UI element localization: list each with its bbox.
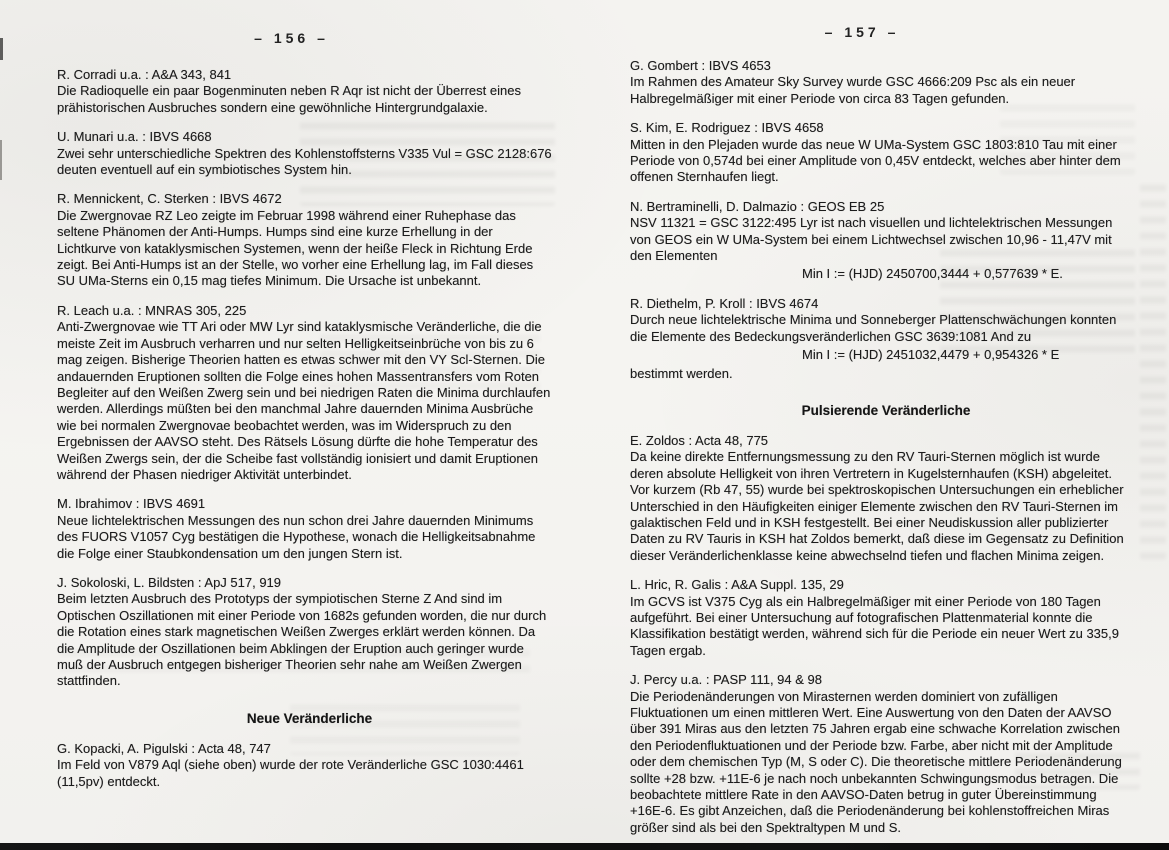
scan-edge-mark (0, 38, 3, 60)
entry-heading: G. Gombert : IBVS 4653 (630, 58, 1142, 74)
page-156-column: R. Corradi u.a. : A&A 343, 841 Die Radio… (57, 67, 562, 790)
page-number-left: – 156 – (39, 30, 544, 46)
entry-heading: R. Corradi u.a. : A&A 343, 841 (57, 67, 562, 83)
entry-heading: J. Sokoloski, L. Bildsten : ApJ 517, 919 (57, 575, 562, 591)
page-156: – 156 – R. Corradi u.a. : A&A 343, 841 D… (57, 0, 562, 803)
page-number-right: – 157 – (606, 24, 1118, 40)
article-entry-mennickent: R. Mennickent, C. Sterken : IBVS 4672 Di… (57, 191, 562, 289)
entry-heading: M. Ibrahimov : IBVS 4691 (57, 496, 562, 512)
entry-heading: L. Hric, R. Galis : A&A Suppl. 135, 29 (630, 577, 1142, 593)
scanned-document: – 156 – R. Corradi u.a. : A&A 343, 841 D… (0, 0, 1169, 850)
article-entry-percy: J. Percy u.a. : PASP 111, 94 & 98 Die Pe… (630, 672, 1142, 836)
article-entry-munari: U. Munari u.a. : IBVS 4668 Zwei sehr unt… (57, 129, 562, 178)
section-heading-pulsierende-veraenderliche: Pulsierende Veränderliche (630, 403, 1142, 418)
entry-body: NSV 11321 = GSC 3122:495 Lyr ist nach vi… (630, 215, 1142, 264)
scan-edge-mark (0, 140, 2, 180)
entry-heading: N. Bertraminelli, D. Dalmazio : GEOS EB … (630, 199, 1142, 215)
entry-heading: E. Zoldos : Acta 48, 775 (630, 433, 1142, 449)
entry-heading: J. Percy u.a. : PASP 111, 94 & 98 (630, 672, 1142, 688)
article-entry-zoldos: E. Zoldos : Acta 48, 775 Da keine direkt… (630, 433, 1142, 564)
entry-heading: G. Kopacki, A. Pigulski : Acta 48, 747 (57, 741, 562, 757)
article-entry-kim-rodriguez: S. Kim, E. Rodriguez : IBVS 4658 Mitten … (630, 120, 1142, 186)
entry-body: Mitten in den Plejaden wurde das neue W … (630, 137, 1142, 186)
article-entry-ibrahimov: M. Ibrahimov : IBVS 4691 Neue lichtelekt… (57, 496, 562, 562)
entry-body: Da keine direkte Entfernungsmessung zu d… (630, 449, 1142, 564)
entry-body: Im Feld von V879 Aql (siehe oben) wurde … (57, 757, 562, 790)
article-entry-leach: R. Leach u.a. : MNRAS 305, 225 Anti-Zwer… (57, 303, 562, 483)
entry-body: Die Radioquelle ein paar Bogenminuten ne… (57, 83, 562, 116)
page-157: – 157 – G. Gombert : IBVS 4653 Im Rahmen… (630, 0, 1142, 849)
article-entry-hric-galis: L. Hric, R. Galis : A&A Suppl. 135, 29 I… (630, 577, 1142, 659)
entry-heading: R. Leach u.a. : MNRAS 305, 225 (57, 303, 562, 319)
entry-body: Neue lichtelektrischen Messungen des nun… (57, 513, 562, 562)
elements-formula: Min I := (HJD) 2451032,4479 + 0,954326 *… (802, 347, 1142, 363)
section-heading-neue-veraenderliche: Neue Veränderliche (57, 711, 562, 726)
entry-heading: R. Diethelm, P. Kroll : IBVS 4674 (630, 296, 1142, 312)
entry-body: Durch neue lichtelektrische Minima und S… (630, 312, 1142, 345)
article-entry-diethelm-kroll: R. Diethelm, P. Kroll : IBVS 4674 Durch … (630, 296, 1142, 382)
article-entry-gombert: G. Gombert : IBVS 4653 Im Rahmen des Ama… (630, 58, 1142, 107)
entry-body: Beim letzten Ausbruch des Prototyps der … (57, 591, 562, 689)
article-entry-corradi: R. Corradi u.a. : A&A 343, 841 Die Radio… (57, 67, 562, 116)
entry-body: Im Rahmen des Amateur Sky Survey wurde G… (630, 74, 1142, 107)
entry-body: Im GCVS ist V375 Cyg als ein Halbregelmä… (630, 594, 1142, 660)
elements-formula: Min I := (HJD) 2450700,3444 + 0,577639 *… (802, 266, 1142, 282)
entry-heading: U. Munari u.a. : IBVS 4668 (57, 129, 562, 145)
entry-body: Anti-Zwergnovae wie TT Ari oder MW Lyr s… (57, 319, 562, 483)
article-entry-sokoloski: J. Sokoloski, L. Bildsten : ApJ 517, 919… (57, 575, 562, 690)
entry-heading: R. Mennickent, C. Sterken : IBVS 4672 (57, 191, 562, 207)
article-entry-kopacki: G. Kopacki, A. Pigulski : Acta 48, 747 I… (57, 741, 562, 790)
entry-tail: bestimmt werden. (630, 366, 1142, 382)
article-entry-bertraminelli: N. Bertraminelli, D. Dalmazio : GEOS EB … (630, 199, 1142, 283)
page-157-column: G. Gombert : IBVS 4653 Im Rahmen des Ama… (630, 58, 1142, 836)
bleed-through-artifact (1140, 180, 1166, 560)
entry-heading: S. Kim, E. Rodriguez : IBVS 4658 (630, 120, 1142, 136)
entry-body: Die Zwergnovae RZ Leo zeigte im Februar … (57, 208, 562, 290)
entry-body: Die Periodenänderungen von Mirasternen w… (630, 689, 1142, 837)
entry-body: Zwei sehr unterschiedliche Spektren des … (57, 146, 562, 179)
scan-bottom-edge (0, 843, 1169, 850)
